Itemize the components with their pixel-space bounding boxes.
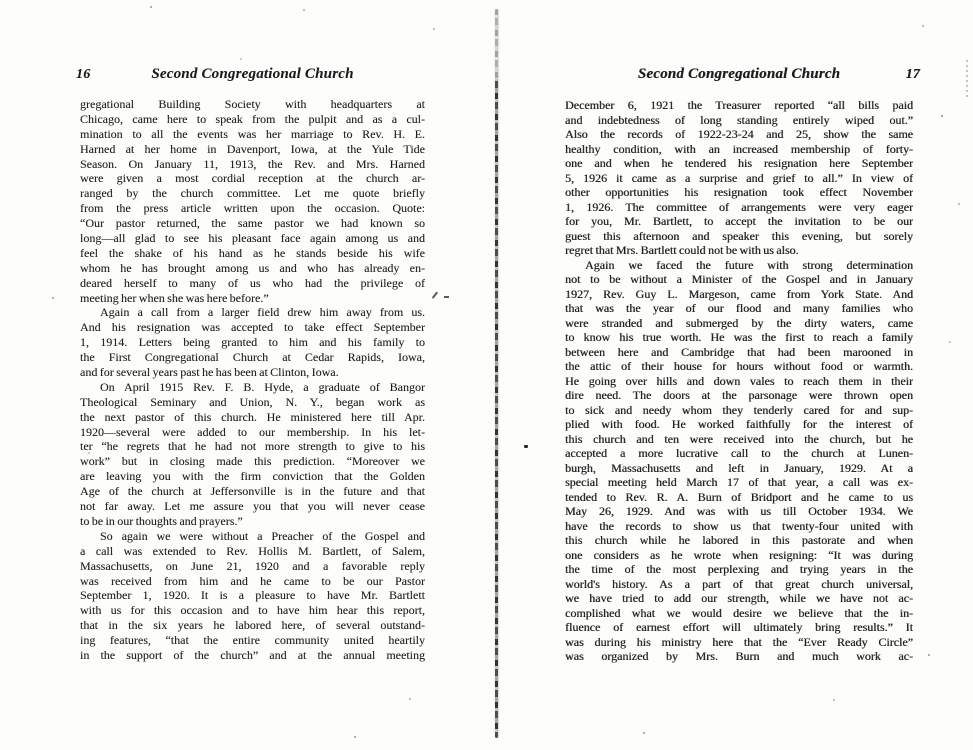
page-number-right: 17 bbox=[906, 67, 920, 83]
text-line: Massachusetts, on June 21, 1920 and a fa… bbox=[80, 559, 425, 574]
dust-speck bbox=[433, 28, 435, 30]
running-header-right: Second Congregational Church 17 bbox=[565, 66, 913, 88]
text-line: whom he has brought among us and who has… bbox=[80, 261, 425, 276]
scanner-edge-artifact bbox=[966, 60, 968, 98]
text-line: work” but in closing made this predictio… bbox=[80, 454, 425, 469]
dust-speck bbox=[88, 452, 90, 454]
text-line: gregational Building Society with headqu… bbox=[80, 97, 425, 112]
text-line: On April 1915 Rev. F. B. Hyde, a graduat… bbox=[80, 380, 425, 395]
page-number-left: 16 bbox=[76, 67, 90, 83]
dust-speck bbox=[922, 25, 924, 27]
page-left-body: gregational Building Society with headqu… bbox=[80, 97, 425, 663]
text-line: the attic of their house for hours witho… bbox=[565, 359, 913, 374]
text-line: And his resignation was accepted to take… bbox=[80, 320, 425, 335]
dust-speck bbox=[150, 6, 152, 8]
text-line: feel the shake of his hand as he stands … bbox=[80, 246, 425, 261]
text-line: this church and ten were received into t… bbox=[565, 432, 913, 447]
text-line: special meeting held March 17 of that ye… bbox=[565, 475, 913, 490]
text-line: we have tried to add our strength, while… bbox=[565, 591, 913, 606]
ink-dot bbox=[524, 445, 528, 448]
text-line: was during his ministry here that the “E… bbox=[565, 635, 913, 650]
text-line: September 1, 1920. It is a pleasure to h… bbox=[80, 588, 425, 603]
text-line: dire need. The doors at the parsonage we… bbox=[565, 388, 913, 403]
text-line: deared herself to many of us who had the… bbox=[80, 276, 425, 291]
text-line: other opportunities his resignation took… bbox=[565, 185, 913, 200]
text-line: that was the year of our flood and many … bbox=[565, 301, 913, 316]
text-line: complished what we would desire we belie… bbox=[565, 606, 913, 621]
text-line: ranged by the church committee. Let me q… bbox=[80, 186, 425, 201]
text-line: and for several years past he has been a… bbox=[80, 365, 425, 380]
book-scan-spread: 16 Second Congregational Church gregatio… bbox=[0, 0, 973, 750]
dust-speck bbox=[240, 58, 242, 60]
text-line: May 26, 1929. And was with us till Octob… bbox=[565, 504, 913, 519]
running-header-title-left: Second Congregational Church bbox=[151, 66, 353, 82]
text-line: fluence of earnest effort will ultimatel… bbox=[565, 620, 913, 635]
text-line: Again we faced the future with strong de… bbox=[565, 258, 913, 273]
text-line: the next pastor of this church. He minis… bbox=[80, 410, 425, 425]
text-line: for you, Mr. Bartlett, to accept the inv… bbox=[565, 214, 913, 229]
text-line: Age of the church at Jeffersonville is i… bbox=[80, 484, 425, 499]
dust-speck bbox=[409, 698, 411, 700]
dust-speck bbox=[52, 297, 54, 299]
text-line: healthy condition, with an increased mem… bbox=[565, 142, 913, 157]
text-line: and indebtedness of long standing entire… bbox=[565, 113, 913, 128]
text-line: have the records to show us that twenty-… bbox=[565, 519, 913, 534]
text-line: accepted a more lucrative call to the ch… bbox=[565, 446, 913, 461]
text-line: 1, 1926. The committee of arrangements w… bbox=[565, 200, 913, 215]
text-line: from the press article written upon the … bbox=[80, 201, 425, 216]
text-line: was received from him and he came to be … bbox=[80, 574, 425, 589]
binding-gutter-line bbox=[495, 9, 498, 738]
text-line: Also the records of 1922-23-24 and 25, s… bbox=[565, 127, 913, 142]
text-line: ing features, “that the entire community… bbox=[80, 633, 425, 648]
running-header-title-right: Second Congregational Church bbox=[638, 66, 840, 82]
text-line: mination to all the events was her marri… bbox=[80, 127, 425, 142]
text-line: guest this afternoon and speaker this ev… bbox=[565, 229, 913, 244]
text-line: Harned at her home in Davenport, Iowa, a… bbox=[80, 142, 425, 157]
text-line: Season. On January 11, 1913, the Rev. an… bbox=[80, 157, 425, 172]
text-line: not to be without a Minister of the Gosp… bbox=[565, 272, 913, 287]
text-line: this church while he labored in this pas… bbox=[565, 533, 913, 548]
dust-speck bbox=[354, 736, 356, 738]
text-line: December 6, 1921 the Treasurer reported … bbox=[565, 98, 913, 113]
text-line: one and when he tendered his resignation… bbox=[565, 156, 913, 171]
text-line: “Our pastor returned, the same pastor we… bbox=[80, 216, 425, 231]
text-line: the First Congregational Church at Cedar… bbox=[80, 350, 425, 365]
page-right-body: December 6, 1921 the Treasurer reported … bbox=[565, 98, 913, 664]
text-line: was organized by Mrs. Burn and much work… bbox=[565, 649, 913, 664]
dust-speck bbox=[958, 203, 960, 205]
text-line: 1920—several were added to our membershi… bbox=[80, 425, 425, 440]
text-line: burgh, Massachusetts and left in January… bbox=[565, 461, 913, 476]
text-line: meeting her when she was here before.” bbox=[80, 291, 425, 306]
text-line: world's history. As a part of that great… bbox=[565, 577, 913, 592]
stray-mark-dash bbox=[444, 296, 449, 298]
dust-speck bbox=[928, 654, 930, 656]
text-line: between here and Cambridge that had been… bbox=[565, 345, 913, 360]
page-right: Second Congregational Church 17 December… bbox=[565, 66, 913, 88]
text-line: Again a call from a larger field drew hi… bbox=[80, 305, 425, 320]
text-line: Theological Seminary and Union, N. Y., b… bbox=[80, 395, 425, 410]
text-line: to know his true worth. He was the first… bbox=[565, 330, 913, 345]
text-line: were stranded and submerged by the dirty… bbox=[565, 316, 913, 331]
text-line: 1, 1914. Letters being granted to him an… bbox=[80, 335, 425, 350]
text-line: plied with food. He worked faithfully fo… bbox=[565, 417, 913, 432]
text-line: the time of the most perplexing and tryi… bbox=[565, 562, 913, 577]
dust-speck bbox=[949, 341, 951, 343]
text-line: regret that Mrs. Bartlett could not be w… bbox=[565, 243, 913, 258]
text-line: tended to Rev. R. A. Burn of Bridport an… bbox=[565, 490, 913, 505]
text-line: are leaving you with the firm conviction… bbox=[80, 469, 425, 484]
dust-speck bbox=[833, 699, 835, 701]
text-line: to be in our thoughts and prayers.” bbox=[80, 514, 425, 529]
text-line: one considers as he wrote when resigning… bbox=[565, 548, 913, 563]
text-line: in the support of the church” and at the… bbox=[80, 648, 425, 663]
stray-mark-slash bbox=[432, 291, 438, 298]
text-line: not far away. Let me assure you that you… bbox=[80, 499, 425, 514]
text-line: a call was extended to Rev. Hollis M. Ba… bbox=[80, 544, 425, 559]
dust-speck bbox=[941, 115, 943, 117]
text-line: to sick and needy whom they tenderly car… bbox=[565, 403, 913, 418]
text-line: with us for this occasion and to have hi… bbox=[80, 603, 425, 618]
dust-speck bbox=[303, 9, 305, 11]
text-line: were given a most cordial reception at t… bbox=[80, 171, 425, 186]
text-line: long—all glad to see his pleasant face a… bbox=[80, 231, 425, 246]
page-left: 16 Second Congregational Church gregatio… bbox=[80, 66, 425, 88]
text-line: Chicago, came here to speak from the pul… bbox=[80, 112, 425, 127]
text-line: 1927, Rev. Guy L. Margeson, came from Yo… bbox=[565, 287, 913, 302]
text-line: He going over hills and down vales to re… bbox=[565, 374, 913, 389]
text-line: So again we were without a Preacher of t… bbox=[80, 529, 425, 544]
text-line: 5, 1926 it came as a surprise and grief … bbox=[565, 171, 913, 186]
text-line: that in the six years he labored here, o… bbox=[80, 618, 425, 633]
text-line: ter “he regrets that he had not more str… bbox=[80, 439, 425, 454]
dust-speck bbox=[643, 732, 645, 734]
running-header-left: 16 Second Congregational Church bbox=[80, 66, 425, 88]
